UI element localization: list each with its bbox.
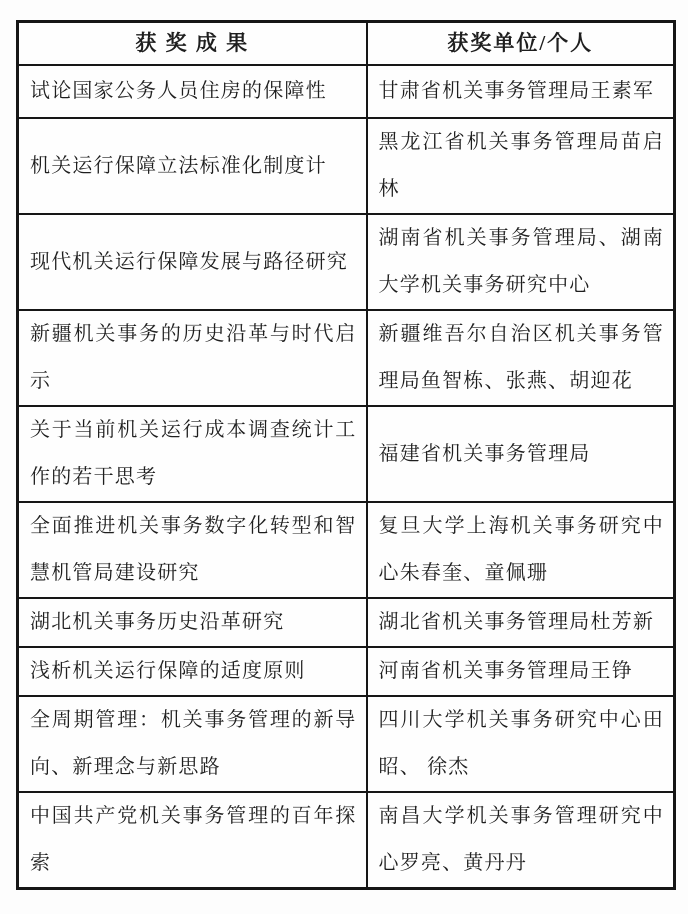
table-row: 浅析机关运行保障的适度原则 河南省机关事务管理局王铮	[18, 647, 675, 696]
table-row: 湖北机关事务历史沿革研究 湖北省机关事务管理局杜芳新	[18, 598, 675, 647]
recipient-cell: 黑龙江省机关事务管理局苗启林	[367, 118, 675, 214]
header-row: 获 奖 成 果 获奖单位/个人	[18, 22, 675, 66]
table-row: 新疆机关事务的历史沿革与时代启示 新疆维吾尔自治区机关事务管理局鱼智栋、张燕、胡…	[18, 310, 675, 406]
achievement-cell: 全面推进机关事务数字化转型和智慧机管局建设研究	[18, 502, 367, 598]
recipient-cell: 复旦大学上海机关事务研究中心朱春奎、童佩珊	[367, 502, 675, 598]
achievement-cell: 现代机关运行保障发展与路径研究	[18, 214, 367, 310]
header-recipient: 获奖单位/个人	[367, 22, 675, 66]
table-row: 机关运行保障立法标准化制度计 黑龙江省机关事务管理局苗启林	[18, 118, 675, 214]
achievement-cell: 全周期管理：机关事务管理的新导向、新理念与新思路	[18, 696, 367, 792]
achievement-cell: 中国共产党机关事务管理的百年探索	[18, 792, 367, 889]
recipient-cell: 甘肃省机关事务管理局王素军	[367, 65, 675, 118]
table-row: 全周期管理：机关事务管理的新导向、新理念与新思路 四川大学机关事务研究中心田昭、…	[18, 696, 675, 792]
table-row: 关于当前机关运行成本调查统计工作的若干思考 福建省机关事务管理局	[18, 406, 675, 502]
recipient-cell: 南昌大学机关事务管理研究中心罗亮、黄丹丹	[367, 792, 675, 889]
awards-table: 获 奖 成 果 获奖单位/个人 试论国家公务人员住房的保障性 甘肃省机关事务管理…	[16, 20, 676, 890]
recipient-cell: 湖南省机关事务管理局、湖南大学机关事务研究中心	[367, 214, 675, 310]
achievement-cell: 浅析机关运行保障的适度原则	[18, 647, 367, 696]
achievement-cell: 湖北机关事务历史沿革研究	[18, 598, 367, 647]
achievement-cell: 新疆机关事务的历史沿革与时代启示	[18, 310, 367, 406]
table-row: 现代机关运行保障发展与路径研究 湖南省机关事务管理局、湖南大学机关事务研究中心	[18, 214, 675, 310]
table-row: 中国共产党机关事务管理的百年探索 南昌大学机关事务管理研究中心罗亮、黄丹丹	[18, 792, 675, 889]
recipient-cell: 河南省机关事务管理局王铮	[367, 647, 675, 696]
achievement-cell: 试论国家公务人员住房的保障性	[18, 65, 367, 118]
header-achievement: 获 奖 成 果	[18, 22, 367, 66]
recipient-cell: 湖北省机关事务管理局杜芳新	[367, 598, 675, 647]
achievement-cell: 机关运行保障立法标准化制度计	[18, 118, 367, 214]
recipient-cell: 四川大学机关事务研究中心田昭、 徐杰	[367, 696, 675, 792]
recipient-cell: 福建省机关事务管理局	[367, 406, 675, 502]
table-row: 试论国家公务人员住房的保障性 甘肃省机关事务管理局王素军	[18, 65, 675, 118]
achievement-cell: 关于当前机关运行成本调查统计工作的若干思考	[18, 406, 367, 502]
recipient-cell: 新疆维吾尔自治区机关事务管理局鱼智栋、张燕、胡迎花	[367, 310, 675, 406]
table-row: 全面推进机关事务数字化转型和智慧机管局建设研究 复旦大学上海机关事务研究中心朱春…	[18, 502, 675, 598]
